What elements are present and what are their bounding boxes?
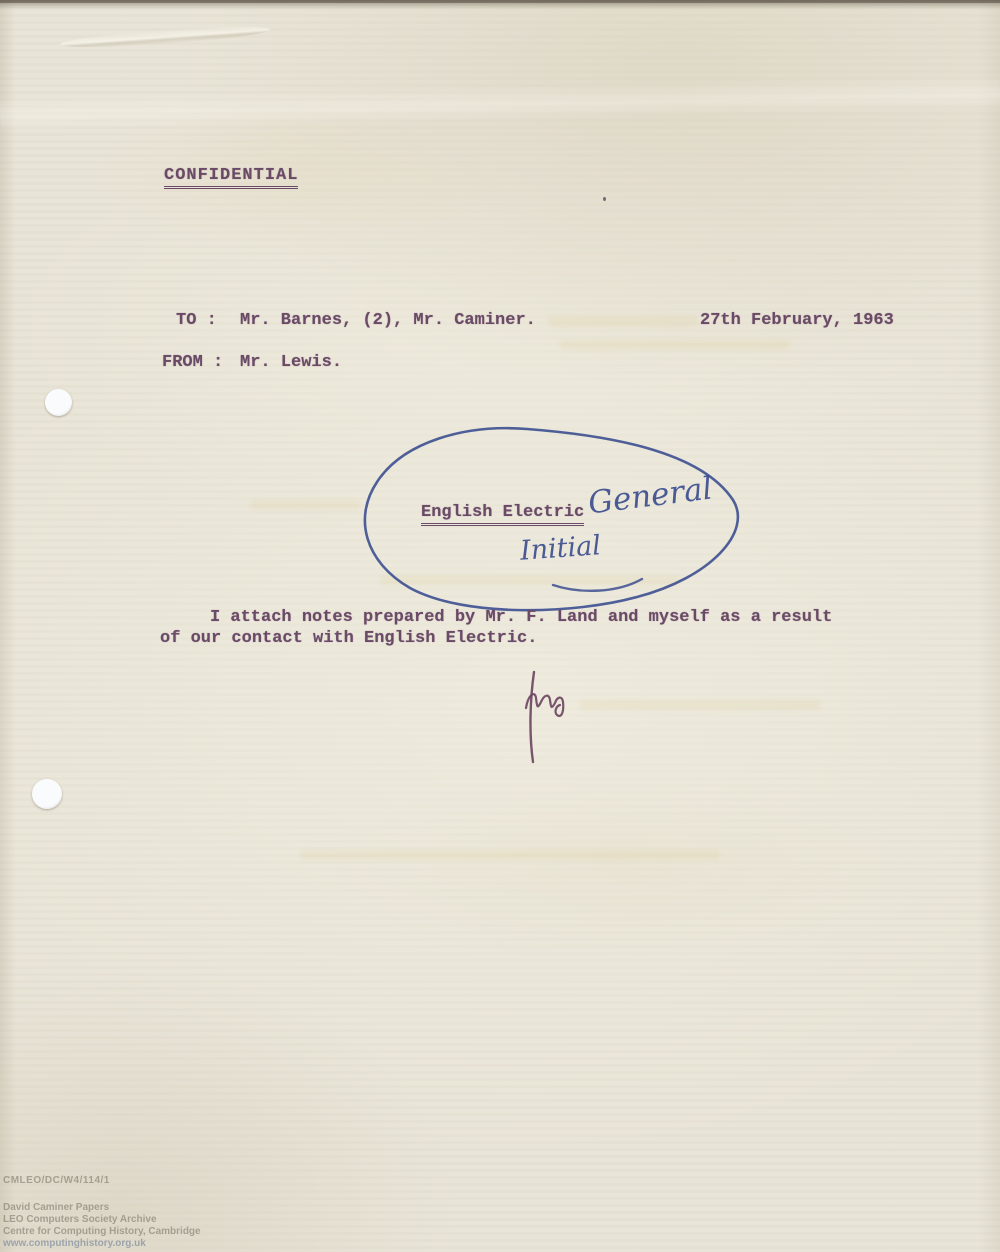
archive-watermark: David Caminer Papers LEO Computers Socie… [3,1202,201,1250]
punch-hole-bottom [32,779,62,809]
to-label: TO : [176,311,217,331]
watermark-line-1: David Caminer Papers [3,1202,201,1214]
to-value: Mr. Barnes, (2), Mr. Caminer. [240,311,536,331]
body-line-1: I attach notes prepared by Mr. F. Land a… [210,608,832,628]
archive-reference: CMLEO/DC/W4/114/1 [3,1175,110,1186]
body-line-2: of our contact with English Electric. [160,629,537,649]
from-value: Mr. Lewis. [240,353,342,373]
paper-tear-mark [60,23,270,52]
punch-hole-top [45,389,72,416]
handwritten-initials [500,662,600,777]
paper-crease [0,76,1000,131]
bleed-through [580,700,820,710]
document-page: CONFIDENTIAL TO : Mr. Barnes, (2), Mr. C… [0,0,1000,1252]
bleed-through [250,500,360,510]
watermark-line-3: Centre for Computing History, Cambridge [3,1226,201,1238]
bleed-through [300,850,720,860]
from-label: FROM : [162,353,223,373]
ink-speck [603,197,606,201]
handwritten-annotation-2: Initial [519,530,602,567]
stamp-typed-text: English Electric [421,503,584,526]
bleed-through [548,316,698,327]
watermark-url: www.computinghistory.org.uk [3,1238,201,1250]
date: 27th February, 1963 [700,311,894,331]
bleed-through [560,340,790,350]
watermark-line-2: LEO Computers Society Archive [3,1214,201,1226]
scan-top-edge-line [0,0,1000,3]
classification-heading: CONFIDENTIAL [164,166,298,189]
